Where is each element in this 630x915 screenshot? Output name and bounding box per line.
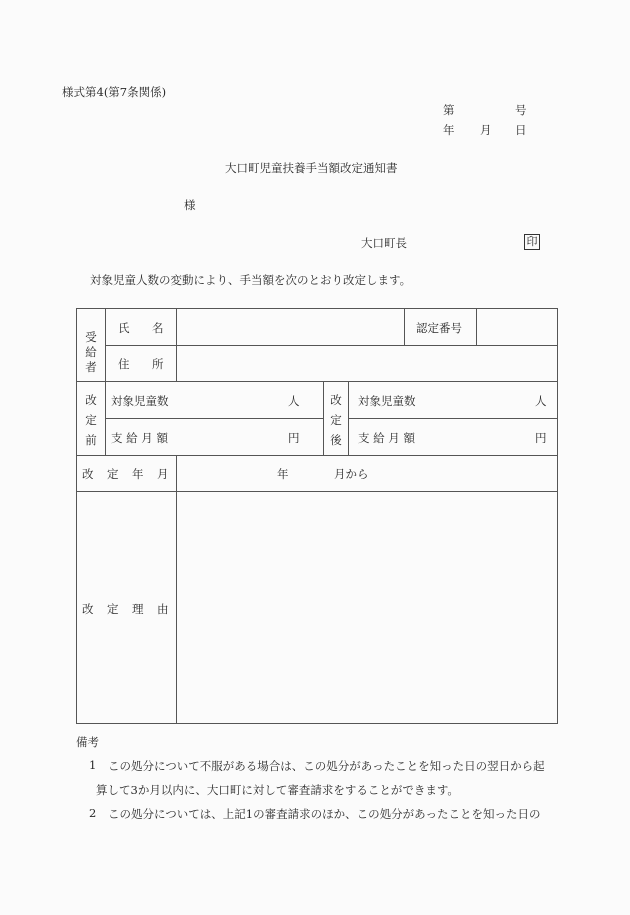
note-2-text-line1: この処分については、上記1の審査請求のほか、この処分があったことを知った日の [108, 806, 540, 822]
form-number: 様式第4(第7条関係) [62, 84, 166, 100]
name-label-a: 氏 [118, 320, 130, 336]
name-label-b: 名 [152, 320, 164, 336]
seal-stamp-icon: 印 [524, 234, 540, 250]
table-border-top [76, 308, 558, 309]
col-divider [476, 308, 477, 345]
before-monthly-amount-unit: 円 [288, 430, 300, 446]
row-divider [76, 455, 558, 456]
row-divider [105, 345, 557, 346]
col-divider [323, 381, 324, 455]
after-child-count-field[interactable] [425, 385, 525, 415]
revision-reason-field[interactable] [180, 495, 554, 719]
table-border-left [76, 308, 77, 724]
row-divider [76, 381, 558, 382]
after-child-count-unit: 人 [535, 393, 547, 409]
revision-month-unit: 月から [334, 466, 369, 482]
after-revision-group-label: 改 定 後 [327, 390, 345, 450]
col-divider [176, 455, 177, 723]
row-divider [348, 418, 557, 419]
addressee-honorific: 様 [184, 197, 196, 213]
cert-number-label: 認定番号 [416, 320, 462, 336]
note-1-text-line2: 算して3か月以内に、大口町に対して審査請求をすることができます。 [96, 782, 459, 798]
doc-number-suffix: 号 [515, 102, 527, 118]
document-title: 大口町児童扶養手当額改定通知書 [225, 160, 398, 176]
date-month-label: 月 [480, 122, 492, 138]
address-label-a: 住 [118, 356, 130, 372]
row-divider [76, 491, 558, 492]
table-border-bottom [76, 723, 558, 724]
col-divider [176, 308, 177, 381]
before-monthly-amount-field[interactable] [180, 422, 280, 452]
after-child-count-label: 対象児童数 [358, 393, 416, 409]
revision-year-unit: 年 [277, 466, 289, 482]
after-monthly-amount-unit: 円 [535, 430, 547, 446]
note-1-number: 1 [89, 758, 96, 772]
address-field[interactable] [180, 349, 554, 379]
after-monthly-amount-label: 支 給 月 額 [358, 430, 415, 446]
before-child-count-label: 対象児童数 [111, 393, 169, 409]
revision-month-label: 改 定 年 月 [82, 466, 170, 482]
date-year-label: 年 [443, 122, 455, 138]
address-label-b: 所 [152, 356, 164, 372]
table-border-right [557, 308, 558, 724]
col-divider [105, 308, 106, 455]
notes-heading: 備考 [76, 734, 99, 750]
name-field[interactable] [180, 312, 402, 342]
before-revision-group-label: 改 定 前 [82, 390, 100, 450]
col-divider [404, 308, 405, 345]
intro-text: 対象児童人数の変動により、手当額を次のとおり改定します。 [90, 272, 411, 288]
after-monthly-amount-field[interactable] [425, 422, 525, 452]
note-2-number: 2 [89, 806, 96, 820]
before-monthly-amount-label: 支 給 月 額 [111, 430, 168, 446]
before-child-count-field[interactable] [180, 385, 280, 415]
note-1-text-line1: この処分について不服がある場合は、この処分があったことを知った日の翌日から起 [108, 758, 545, 774]
issuer-name: 大口町長 [361, 235, 407, 251]
col-divider [348, 381, 349, 455]
date-day-label: 日 [515, 122, 527, 138]
revision-reason-label: 改 定 理 由 [82, 601, 170, 617]
recipient-group-label: 受 給 者 [82, 330, 100, 375]
row-divider [105, 418, 323, 419]
doc-number-prefix: 第 [443, 102, 455, 118]
before-child-count-unit: 人 [288, 393, 300, 409]
cert-number-field[interactable] [480, 312, 554, 342]
